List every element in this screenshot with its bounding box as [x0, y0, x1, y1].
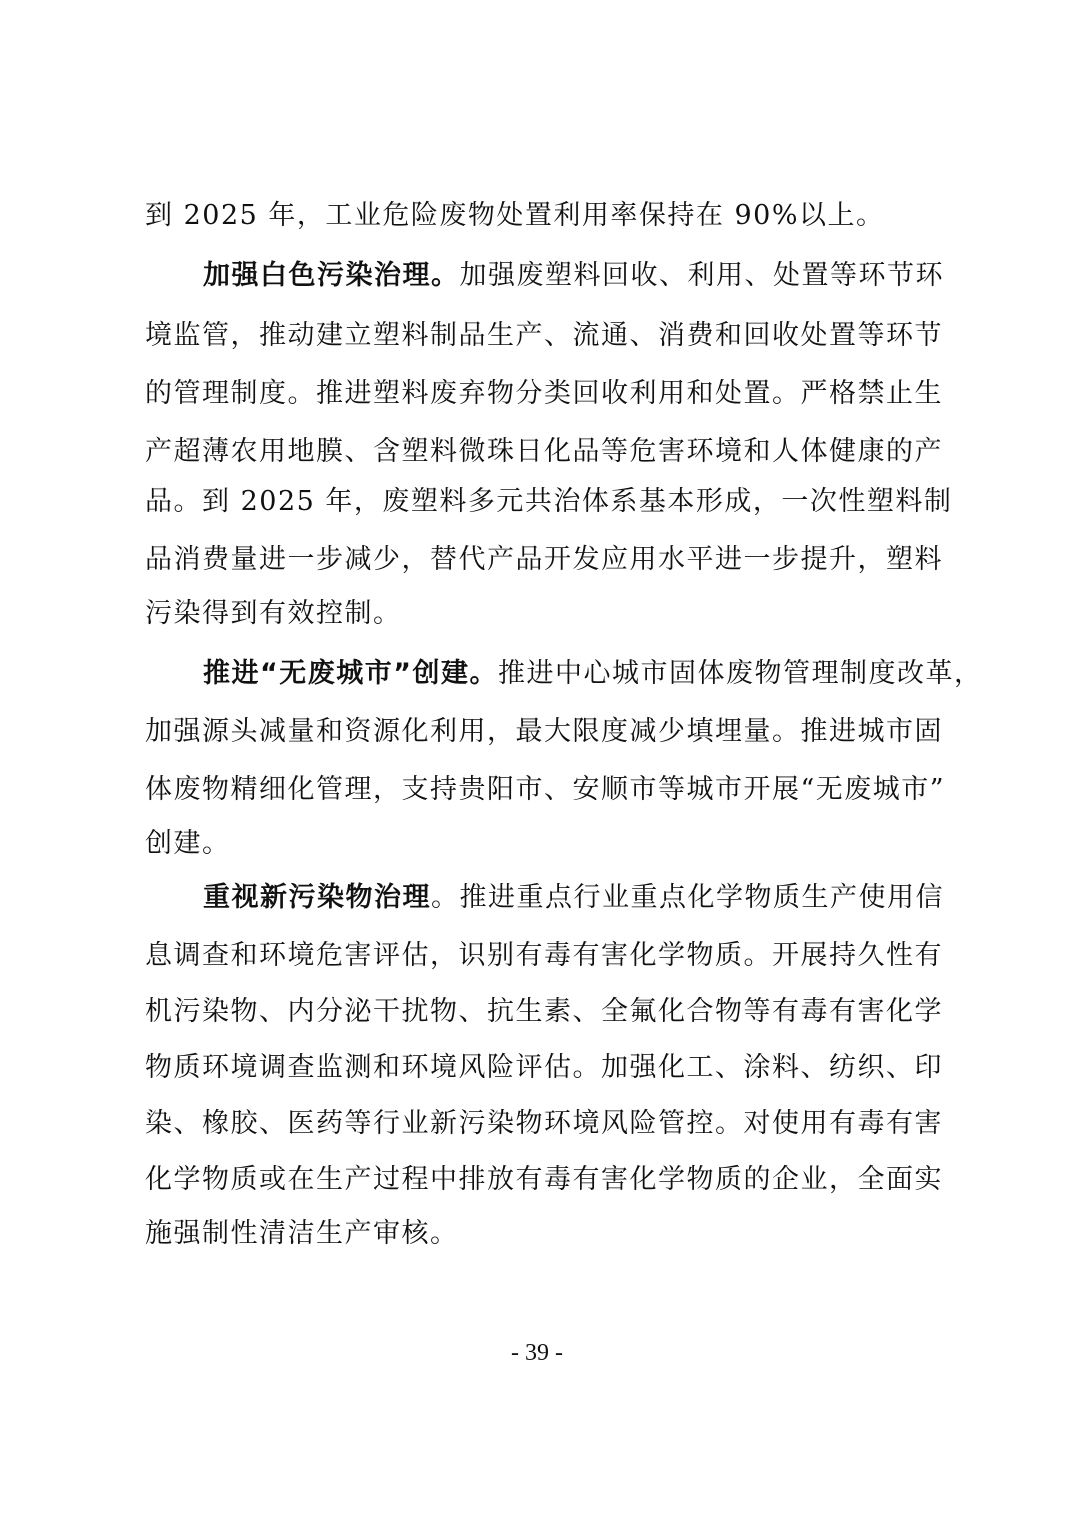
text-line: 加强源头减量和资源化利用，最大限度减少填埋量。推进城市固 [145, 712, 945, 752]
text-line: 加强白色污染治理。加强废塑料回收、利用、处置等环节环 [203, 256, 945, 296]
section-heading: 推进“无废城市”创建。 [203, 658, 498, 689]
page-number: - 39 - [0, 1340, 1074, 1367]
text-span: 加强废塑料回收、利用、处置等环节环 [460, 260, 945, 291]
section-heading: 重视新污染物治理 [203, 882, 431, 913]
text-line: 物质环境调查监测和环境风险评估。加强化工、涂料、纺织、印 [145, 1048, 945, 1088]
text-line: 产超薄农用地膜、含塑料微珠日化品等危害环境和人体健康的产 [145, 432, 945, 472]
text-line: 化学物质或在生产过程中排放有毒有害化学物质的企业，全面实 [145, 1160, 945, 1200]
text-line: 到 2025 年，工业危险废物处置利用率保持在 90%以上。 [145, 196, 945, 236]
text-line: 体废物精细化管理，支持贵阳市、安顺市等城市开展“无废城市” [145, 770, 945, 810]
section-heading: 加强白色污染治理。 [203, 260, 460, 291]
text-line: 息调查和环境危害评估，识别有毒有害化学物质。开展持久性有 [145, 936, 945, 976]
text-line: 境监管，推动建立塑料制品生产、流通、消费和回收处置等环节 [145, 316, 945, 356]
text-line: 推进“无废城市”创建。推进中心城市固体废物管理制度改革， [203, 654, 945, 694]
text-span: 。推进重点行业重点化学物质生产使用信 [431, 882, 944, 913]
document-page: 到 2025 年，工业危险废物处置利用率保持在 90%以上。 加强白色污染治理。… [0, 0, 1074, 1520]
text-span: 推进中心城市固体废物管理制度改革， [498, 658, 983, 689]
text-line: 重视新污染物治理。推进重点行业重点化学物质生产使用信 [203, 878, 945, 918]
text-line: 的管理制度。推进塑料废弃物分类回收利用和处置。严格禁止生 [145, 374, 945, 414]
text-line: 品消费量进一步减少，替代产品开发应用水平进一步提升，塑料 [145, 540, 945, 580]
text-line: 品。到 2025 年，废塑料多元共治体系基本形成，一次性塑料制 [145, 482, 945, 522]
text-line: 污染得到有效控制。 [145, 594, 945, 634]
text-line: 创建。 [145, 824, 945, 864]
text-line: 机污染物、内分泌干扰物、抗生素、全氟化合物等有毒有害化学 [145, 992, 945, 1032]
text-line: 施强制性清洁生产审核。 [145, 1214, 945, 1254]
text-line: 染、橡胶、医药等行业新污染物环境风险管控。对使用有毒有害 [145, 1104, 945, 1144]
